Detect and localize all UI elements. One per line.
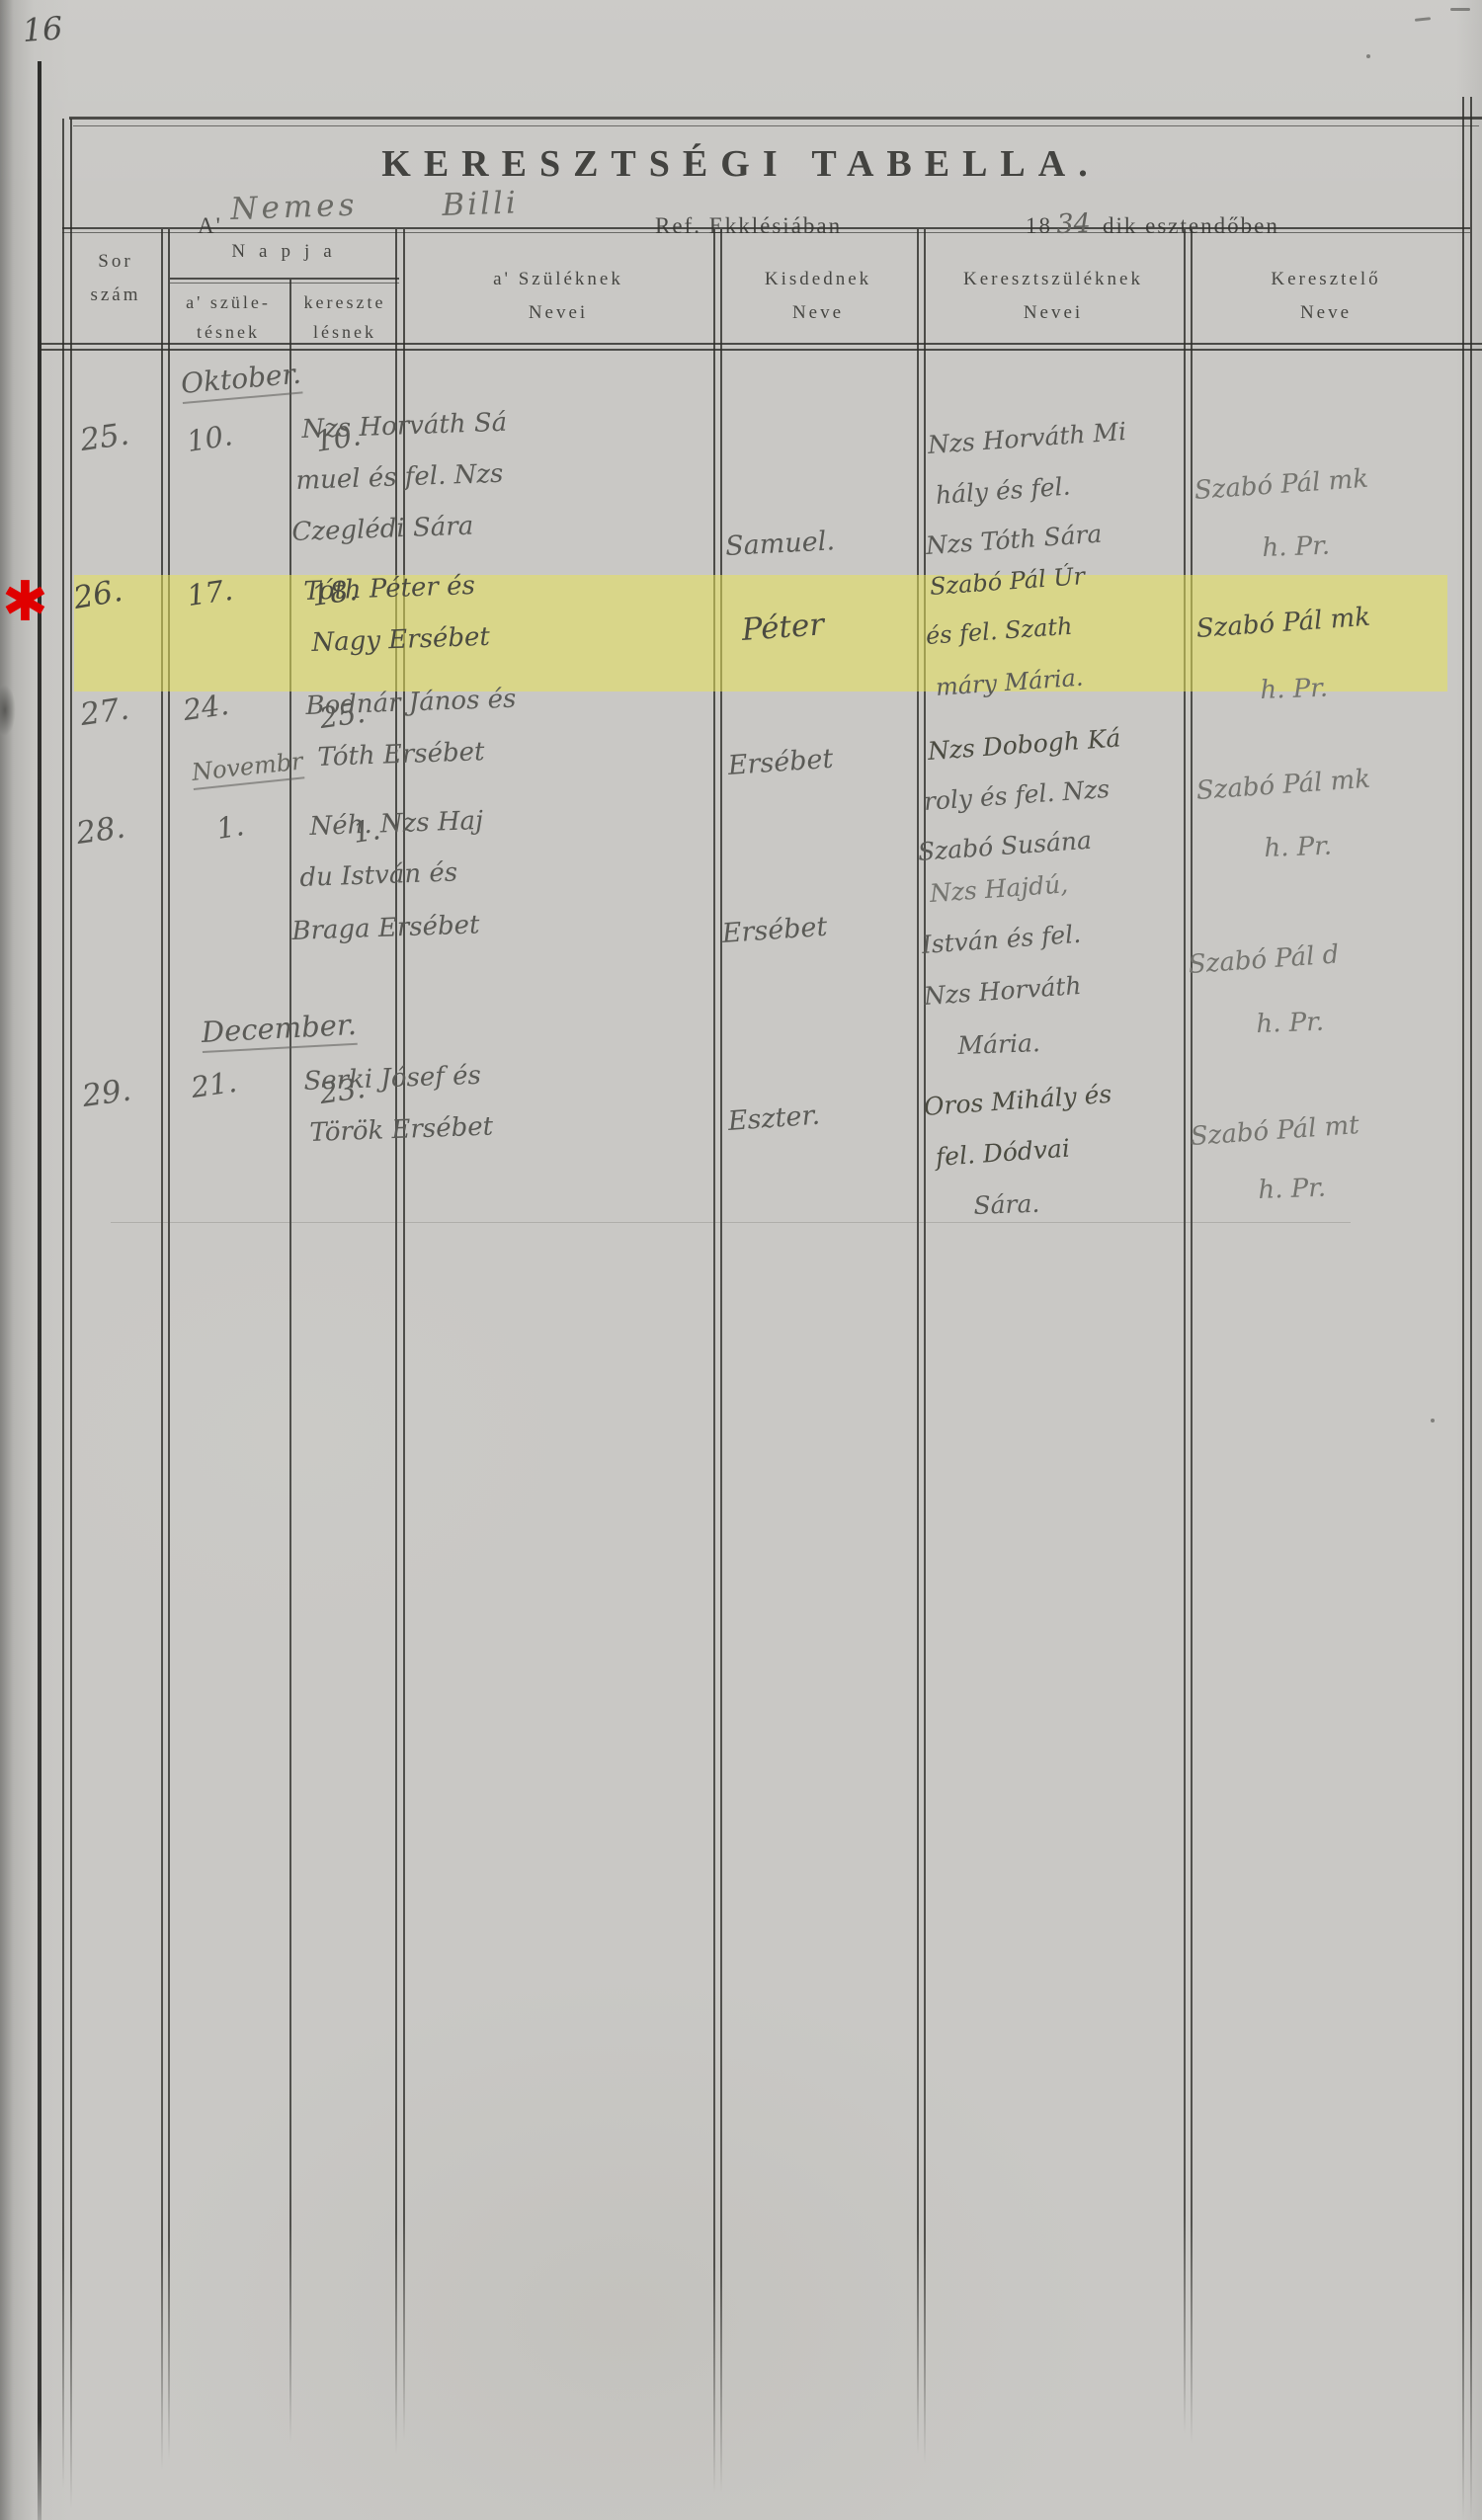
speck [1450,8,1470,11]
divider-keresztszulek-2 [1191,229,1193,2444]
speck [1415,17,1431,22]
row-28-keresztszulek-line: Mária. [957,1028,1040,1060]
page-title: KERESZTSÉGI TABELLA. [0,142,1482,186]
header-szulek-1: a' Szüléknek [493,269,623,290]
header-szulek-2: Nevei [529,302,588,324]
row-29-keresztszulek-line: Sára. [973,1189,1040,1220]
row-26-szuletes: 17. [185,573,234,612]
row-28-keresztelo-line: Szabó Pál d [1188,939,1340,980]
row-27-keresztszulek-line: Nzs Dobogh Ká [927,723,1121,766]
row-28-keresztszulek-line: Nzs Hajdú, [929,869,1069,908]
divider-kisded-2 [924,229,926,2464]
divider-sorszam-2 [168,229,170,2460]
row-27-szulek-line: Bodnár János és [305,685,517,721]
year-suffix: dik esztendőben [1103,213,1279,239]
table-top-border [69,117,1482,120]
header-kisded-2: Neve [792,302,844,324]
row-25-sor: 25. [78,416,131,458]
row-25-szulek-line: muel és fel. Nzs [295,459,504,496]
year-handwritten: 34 [1056,208,1091,240]
row-28-keresztelo-line: h. Pr. [1256,1008,1325,1039]
divider-szulek-2 [720,229,722,2493]
month-december: December. [201,1008,358,1053]
title-prefix: A' [198,213,222,239]
row-27-kisded: Ersébet [727,744,834,781]
row-29-keresztszulek-line: fel. Dódvai [935,1134,1071,1172]
row-25-keresztelo-line: Szabó Pál mk [1194,464,1369,506]
napja-underline-2 [170,283,399,284]
table-right-border [1462,97,1464,2520]
header-sor-1: Sor [98,251,132,273]
row-27-szulek-line: Tóth Ersébet [317,737,485,772]
row-27-keresztelo-line: Szabó Pál mk [1195,765,1371,806]
header-napja: Napja [231,241,345,263]
row-25-szulek-line: Nzs Horváth Sá [301,408,508,445]
header-keresztelo-1: Keresztelő [1271,269,1380,290]
row-27-szuletes: 24. [181,688,230,727]
row-27-keresztelo-line: h. Pr. [1264,832,1333,863]
row-25-keresztszulek-line: hály és fel. [935,472,1071,510]
row-26-kisded: Péter [740,607,825,648]
row-25-szuletes: 10. [185,418,235,458]
highlight-asterisk-icon[interactable]: ✱ [2,575,48,630]
row-28-szuletes: 1. [214,808,247,846]
month-november: Novembr [191,747,305,790]
header-keresztelesnek-1: kereszte [304,292,386,313]
header-keresztelo-2: Neve [1300,302,1352,324]
header-keresztelesnek-2: lésnek [313,322,376,343]
row-29-keresztelo-line: Szabó Pál mt [1190,1110,1360,1152]
row-25-kisded: Samuel. [724,526,835,562]
row-29-szulek-line: Serki Jósef és [303,1061,481,1097]
header-kisded-1: Kisdednek [765,269,871,290]
header-szuletesnek-1: a' szüle- [186,292,271,313]
row-29-sor: 29. [80,1072,133,1114]
row-29-szuletes: 21. [189,1065,238,1104]
header-keresztszulek-2: Nevei [1024,302,1083,324]
church-label: Ref. Ekklésiában [655,213,842,239]
year-printed-prefix: 18 [1026,213,1052,239]
page-number: 16 [21,9,63,49]
row-25-keresztszulek-line: Nzs Tóth Sára [925,520,1103,560]
table-left-border-2 [70,119,72,2509]
table-right-border-2 [1470,97,1472,2520]
divider-szulek [713,229,715,2493]
row-25-szulek-line: Czeglédi Sára [291,512,474,547]
speck [1431,1419,1435,1423]
header-bottom-line-2 [40,349,1482,351]
divider-kisded [917,229,919,2454]
row-28-szulek-line: du István és [299,857,458,893]
row-27-keresztszulek-line: roly és fel. Nzs [923,774,1111,816]
divider-sorszam [161,229,163,2470]
row-28-kisded: Ersébet [721,912,828,949]
divider-napja-2 [403,229,405,2440]
divider-keresztszulek [1184,229,1186,2434]
napja-underline [170,278,399,280]
table-left-border [62,119,64,2489]
row-26-szulek-line: Tóth Péter és [303,571,475,607]
row-28-szulek-line: Braga Ersébet [291,910,480,946]
month-october: Oktober. [180,358,302,404]
row-27-keresztszulek-line: Szabó Susána [917,826,1093,866]
table-top-border-2 [73,125,1479,126]
row-25-keresztszulek-line: Nzs Horváth Mi [927,417,1127,459]
speck [1366,54,1370,58]
place-handwritten-2: Billi [442,185,520,223]
scanned-register-page: 16 ✱ KERESZTSÉGI TABELLA. A' Nemes Billi… [0,0,1482,2520]
row-29-keresztszulek-line: Oros Mihály és [923,1080,1112,1121]
header-sor-2: szám [90,285,140,306]
row-27-sor: 27. [78,691,131,733]
row-25-keresztelo-line: h. Pr. [1262,531,1331,563]
row-28-keresztszulek-line: István és fel. [921,920,1082,959]
speck [546,161,550,165]
ink-blob [0,685,16,736]
header-szuletesnek-2: tésnek [197,322,260,343]
header-bottom-line [40,343,1482,345]
row-28-sor: 28. [74,809,127,852]
page-fold-line [38,61,41,2520]
row-26-szulek-line: Nagy Ersébet [311,622,490,658]
row-28-szulek-line: Néh. Nzs Haj [309,806,484,842]
header-keresztszulek-1: Keresztszüléknek [963,269,1143,290]
pencil-line [111,1222,1351,1223]
place-handwritten-1: Nemes [230,188,359,227]
row-26-keresztelo-line: h. Pr. [1260,674,1329,705]
row-29-kisded: Eszter. [727,1100,821,1137]
row-29-keresztelo-line: h. Pr. [1258,1174,1327,1205]
divider-napja [395,229,397,2454]
row-28-keresztszulek-line: Nzs Horváth [923,971,1082,1011]
row-29-szulek-line: Török Ersébet [309,1112,494,1148]
